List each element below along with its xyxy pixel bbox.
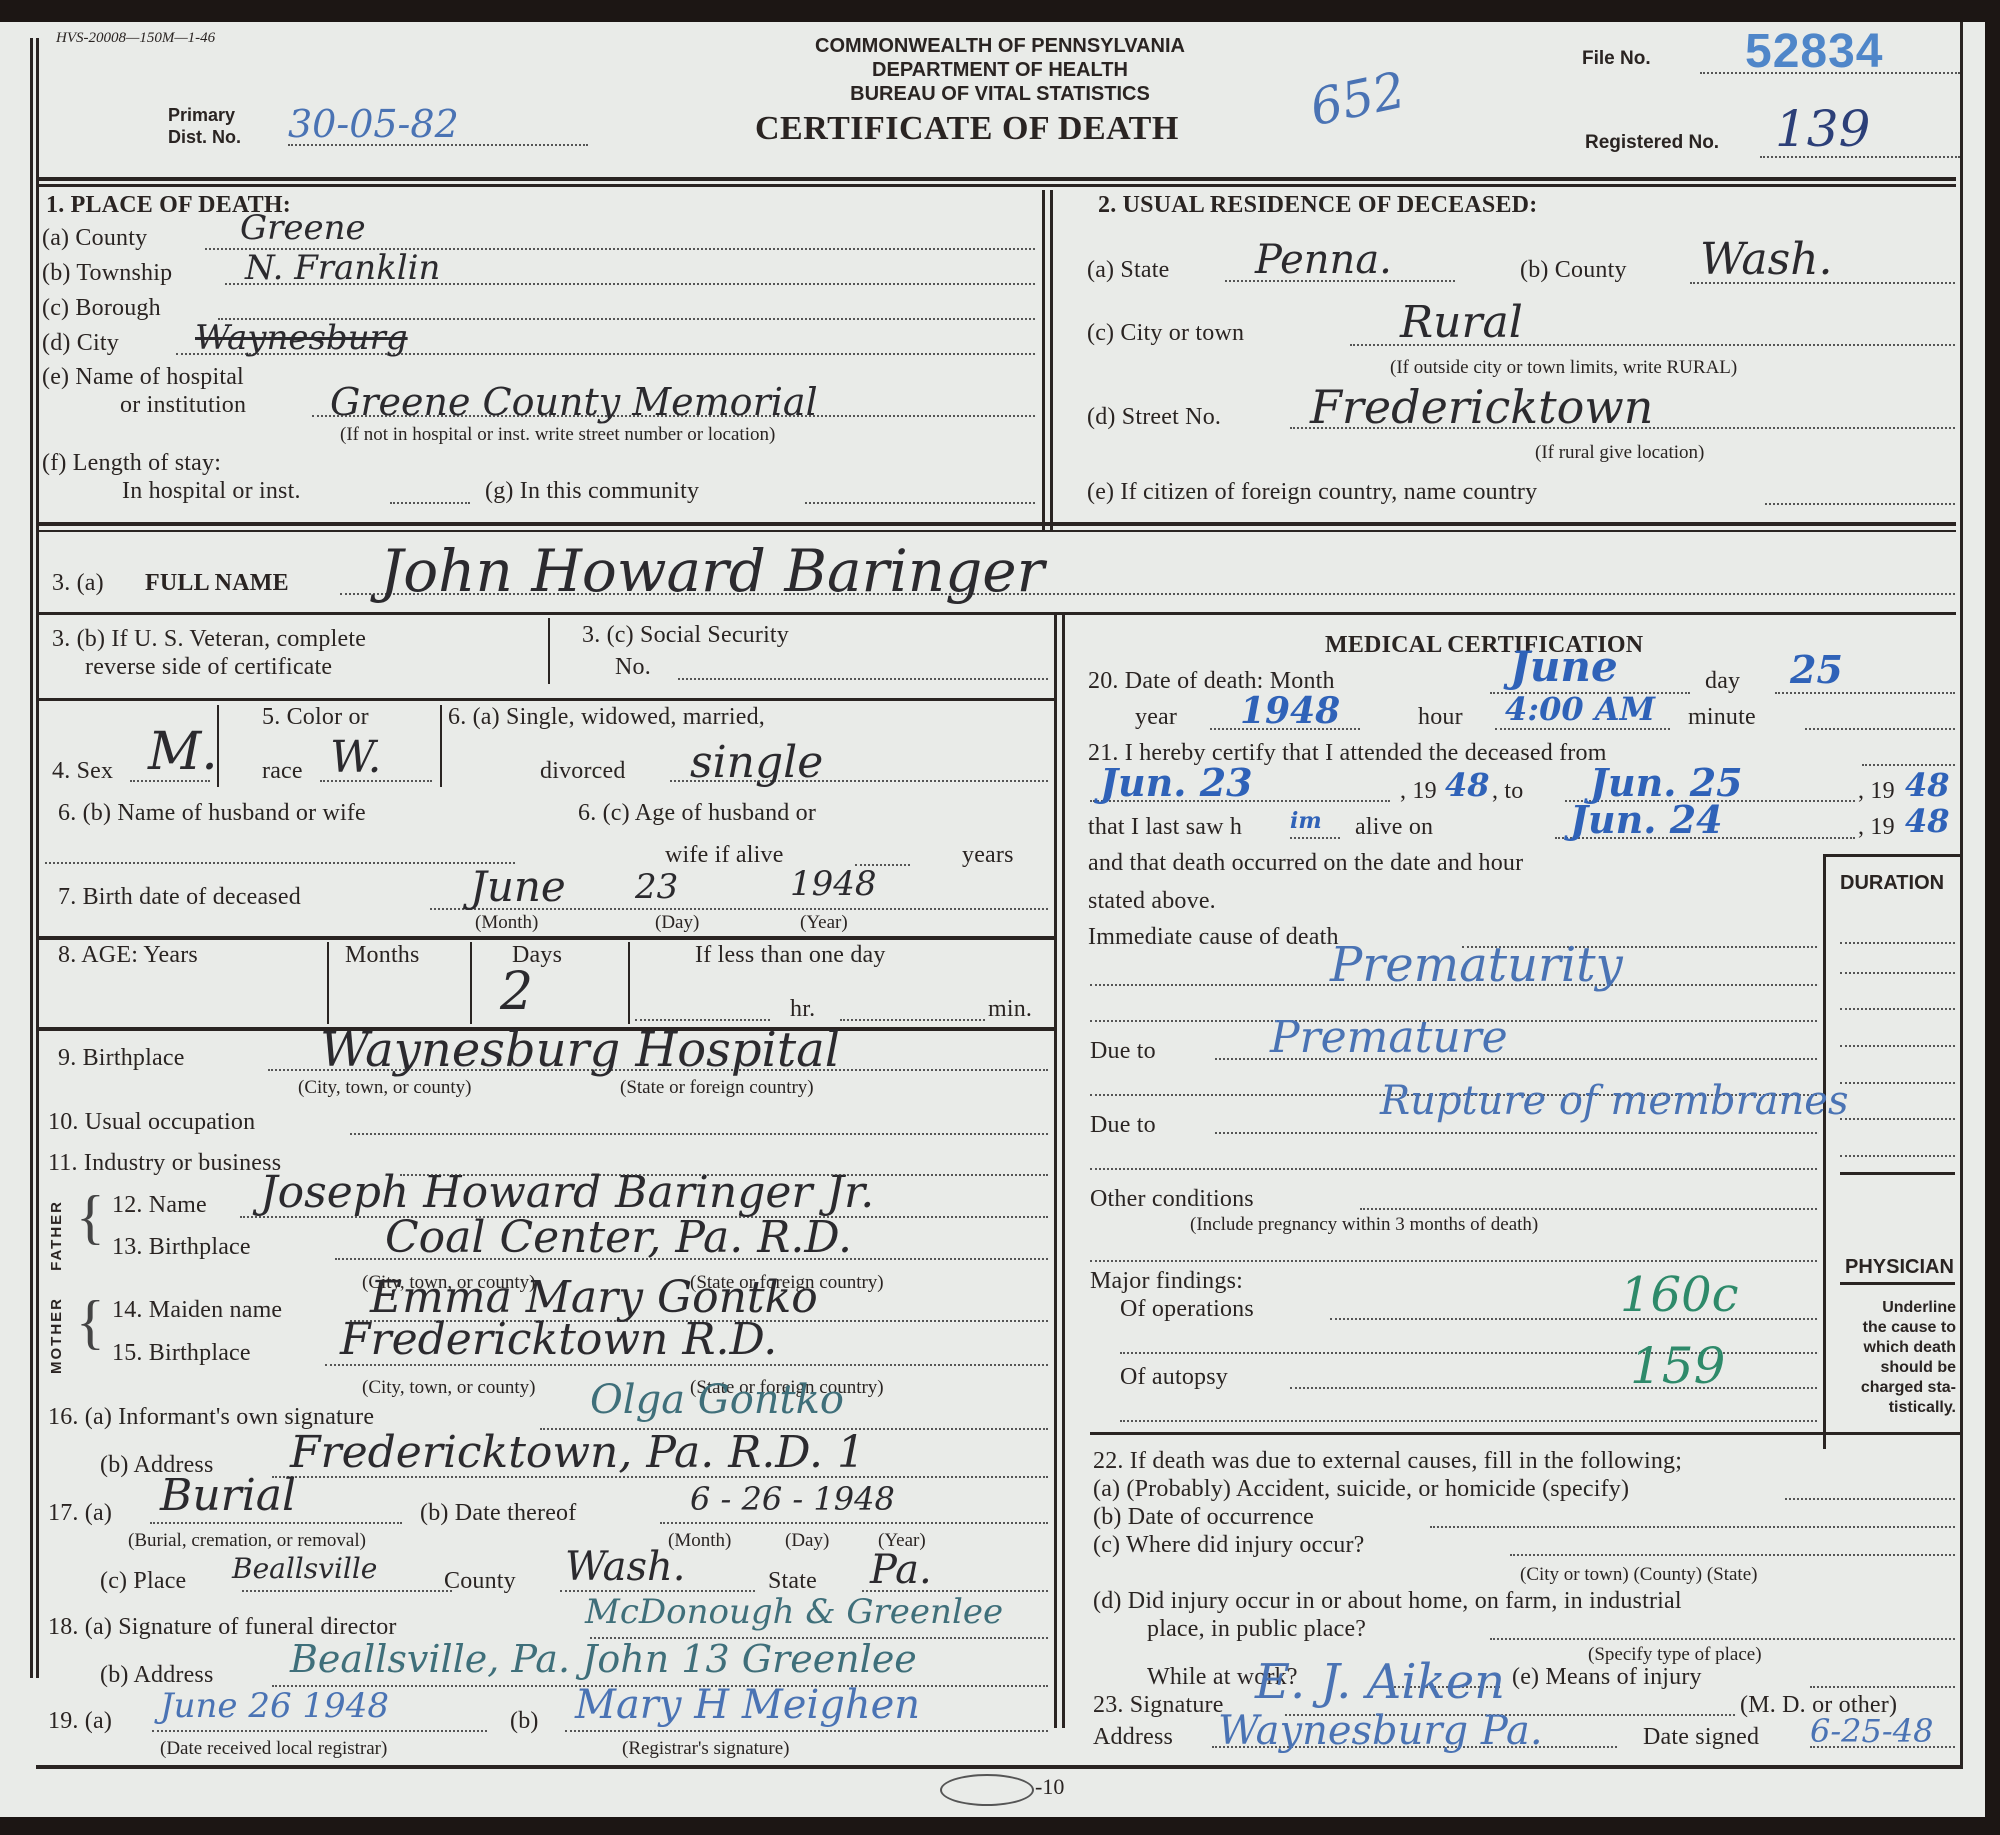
last-saw-date-value: Jun. 24 (1570, 797, 1723, 842)
birthplace-value: Waynesburg Hospital (320, 1022, 840, 1078)
funeral-director-address-value: Beallsville, Pa. John 13 Greenlee (290, 1637, 917, 1681)
operations-code-value: 160c (1620, 1267, 1739, 1323)
residence-county-value: Wash. (1700, 234, 1833, 285)
death-hour-value: 4:00 AM (1505, 690, 1655, 728)
burial-county-value: Wash. (565, 1544, 686, 1590)
last-saw-year-value: 48 (1905, 802, 1950, 840)
agency-line-3: BUREAU OF VITAL STATISTICS (740, 82, 1260, 106)
death-city-value: Waynesburg (195, 318, 408, 358)
birth-day-value: 23 (635, 867, 678, 907)
death-township-value: N. Franklin (245, 248, 440, 288)
death-month-value: June (1510, 642, 1618, 691)
father-birthplace-value: Coal Center, Pa. R.D. (385, 1212, 852, 1263)
agency-block: COMMONWEALTH OF PENNSYLVANIA DEPARTMENT … (740, 34, 1260, 106)
margin-number: 652 (1305, 61, 1410, 138)
primary-dist-label: Primary Dist. No. (168, 104, 241, 148)
date-signed-value: 6-25-48 (1810, 1712, 1933, 1750)
immediate-cause-value: Prematurity (1330, 937, 1623, 993)
death-day-value: 25 (1790, 647, 1843, 692)
father-vertical-label: FATHER (48, 1200, 65, 1271)
file-no-value: 52834 (1745, 24, 1883, 79)
father-brace: { (76, 1187, 105, 1247)
form-code: HVS-20008—150M—1-46 (56, 30, 215, 47)
left-border (30, 38, 33, 1678)
mother-vertical-label: MOTHER (48, 1297, 65, 1374)
left-border-inner (36, 38, 39, 1678)
informant-signature-value: Olga Gontko (590, 1377, 844, 1423)
last-saw-pronoun-value: im (1290, 808, 1322, 834)
attended-from-value: Jun. 23 (1100, 760, 1253, 805)
registered-no-label: Registered No. (1585, 132, 1719, 154)
burial-place-value: Beallsville (232, 1552, 377, 1585)
agency-line-1: COMMONWEALTH OF PENNSYLVANIA (740, 34, 1260, 58)
residence-street-value: Fredericktown (1310, 380, 1653, 434)
death-year-value: 1948 (1240, 690, 1340, 732)
registered-no-value: 139 (1775, 100, 1870, 158)
disposition-value: Burial (160, 1470, 296, 1521)
burial-state-value: Pa. (870, 1547, 932, 1593)
physician-note: Underline the cause to which death shoul… (1848, 1298, 1956, 1418)
residence-state-value: Penna. (1255, 237, 1392, 283)
birth-year-value: 1948 (790, 864, 877, 904)
mother-birthplace-value: Fredericktown R.D. (340, 1314, 777, 1365)
father-name-value: Joseph Howard Baringer Jr. (260, 1167, 874, 1218)
certificate-paper: HVS-20008—150M—1-46 COMMONWEALTH OF PENN… (0, 22, 1985, 1817)
union-label-icon (940, 1774, 1034, 1806)
physician-signature-value: E. J. Aiken (1255, 1654, 1505, 1710)
physician-heading: PHYSICIAN (1845, 1256, 1954, 1279)
due-to-2-value: Rupture of membranes (1380, 1077, 1860, 1125)
hospital-value: Greene County Memorial (330, 380, 818, 424)
attended-from-year-value: 48 (1445, 766, 1490, 804)
age-days-value: 2 (500, 962, 533, 1022)
due-to-1-value: Premature (1270, 1012, 1508, 1063)
marital-status-value: single (690, 737, 823, 788)
physician-address-value: Waynesburg Pa. (1218, 1708, 1543, 1754)
registrar-signature-value: Mary H Meighen (575, 1682, 920, 1728)
full-name-value: John Howard Baringer (380, 537, 1044, 605)
date-received-value: June 26 1948 (160, 1686, 389, 1726)
birth-month-value: June (470, 862, 566, 911)
race-value: W. (330, 732, 382, 783)
funeral-director-value: McDonough & Greenlee (585, 1592, 1003, 1632)
duration-heading: DURATION (1840, 872, 1944, 895)
attended-to-year-value: 48 (1905, 766, 1950, 804)
residence-city-value: Rural (1400, 297, 1523, 348)
attended-from-year-prefix: , 19 (1400, 778, 1437, 805)
mother-brace: { (76, 1292, 105, 1352)
certificate-title: CERTIFICATE OF DEATH (755, 110, 1179, 148)
death-county-value: Greene (240, 208, 366, 248)
file-no-label: File No. (1582, 48, 1651, 70)
dist-no-value: 30-05-82 (288, 102, 459, 146)
informant-address-value: Fredericktown, Pa. R.D. 1 (290, 1427, 865, 1478)
union-label-code: -10 (1035, 1774, 1064, 1800)
agency-line-2: DEPARTMENT OF HEALTH (740, 58, 1260, 82)
burial-date-value: 6 - 26 - 1948 (690, 1480, 895, 1518)
sex-value: M. (148, 722, 218, 782)
residence-heading: 2. USUAL RESIDENCE OF DECEASED: (1098, 192, 1537, 219)
autopsy-code-value: 159 (1630, 1337, 1725, 1395)
